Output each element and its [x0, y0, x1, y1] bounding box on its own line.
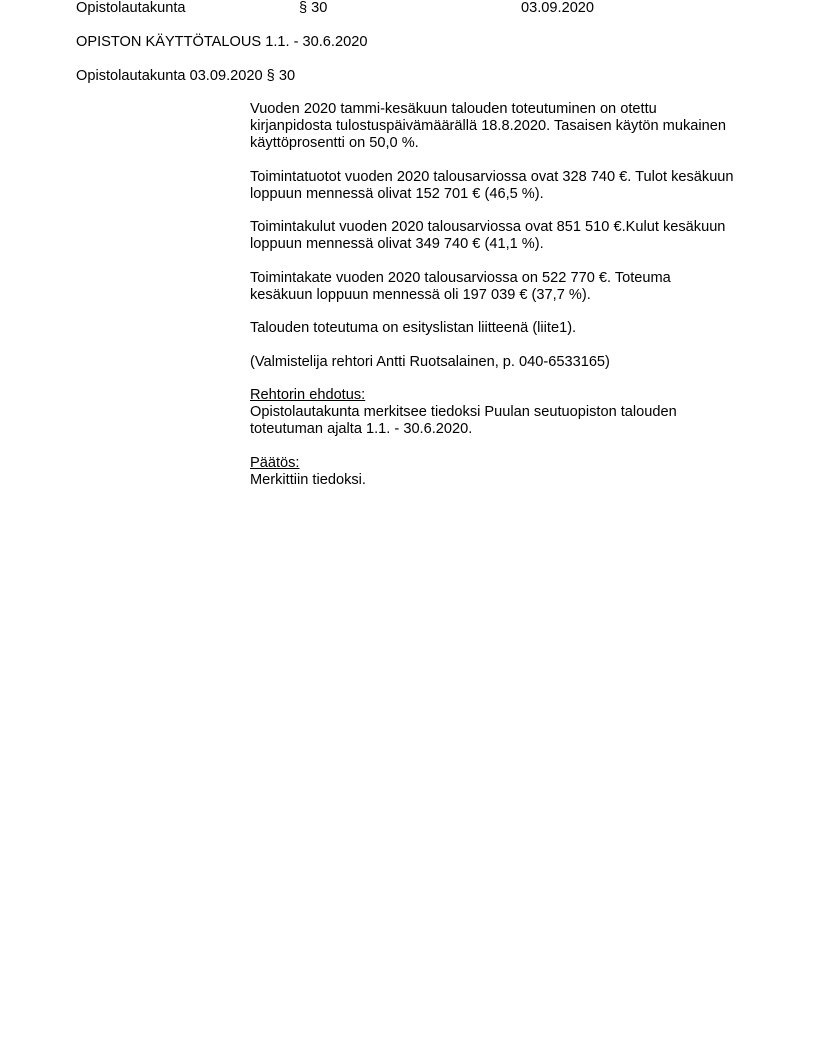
- text-line: Merkittiin tiedoksi.: [250, 472, 750, 489]
- header-section-number: § 30: [299, 0, 327, 17]
- proposal-section: Rehtorin ehdotus: Opistolautakunta merki…: [250, 387, 750, 438]
- meeting-reference: Opistolautakunta 03.09.2020 § 30: [76, 68, 295, 85]
- decision-heading: Päätös:: [250, 455, 300, 472]
- paragraph-attachment-note: Talouden toteutuma on esityslistan liitt…: [250, 320, 750, 337]
- text-line: Opistolautakunta merkitsee tiedoksi Puul…: [250, 404, 750, 421]
- text-line: Toimintatuotot vuoden 2020 talousarvioss…: [250, 169, 750, 186]
- text-line: Vuoden 2020 tammi-kesäkuun talouden tote…: [250, 101, 750, 118]
- text-line: toteutuman ajalta 1.1. - 30.6.2020.: [250, 421, 750, 438]
- header-body-name: Opistolautakunta: [76, 0, 186, 17]
- paragraph-operating-income: Toimintatuotot vuoden 2020 talousarvioss…: [250, 169, 750, 203]
- text-line: käyttöprosentti on 50,0 %.: [250, 135, 750, 152]
- document-body: Vuoden 2020 tammi-kesäkuun talouden tote…: [250, 101, 750, 505]
- paragraph-operating-margin: Toimintakate vuoden 2020 talousarviossa …: [250, 270, 750, 304]
- paragraph-operating-expenses: Toimintakulut vuoden 2020 talousarviossa…: [250, 219, 750, 253]
- header-date: 03.09.2020: [521, 0, 594, 17]
- text-line: (Valmistelija rehtori Antti Ruotsalainen…: [250, 354, 750, 371]
- text-line: loppuun mennessä olivat 349 740 € (41,1 …: [250, 236, 750, 253]
- text-line: kirjanpidosta tulostuspäivämäärällä 18.8…: [250, 118, 750, 135]
- document-title: OPISTON KÄYTTÖTALOUS 1.1. - 30.6.2020: [76, 34, 367, 51]
- text-line: loppuun mennessä olivat 152 701 € (46,5 …: [250, 186, 750, 203]
- paragraph-preparer: (Valmistelija rehtori Antti Ruotsalainen…: [250, 354, 750, 371]
- text-line: Talouden toteutuma on esityslistan liitt…: [250, 320, 750, 337]
- proposal-heading: Rehtorin ehdotus:: [250, 387, 365, 404]
- paragraph-intro: Vuoden 2020 tammi-kesäkuun talouden tote…: [250, 101, 750, 152]
- decision-section: Päätös: Merkittiin tiedoksi.: [250, 455, 750, 489]
- text-line: Toimintakate vuoden 2020 talousarviossa …: [250, 270, 750, 287]
- text-line: Toimintakulut vuoden 2020 talousarviossa…: [250, 219, 750, 236]
- text-line: kesäkuun loppuun mennessä oli 197 039 € …: [250, 287, 750, 304]
